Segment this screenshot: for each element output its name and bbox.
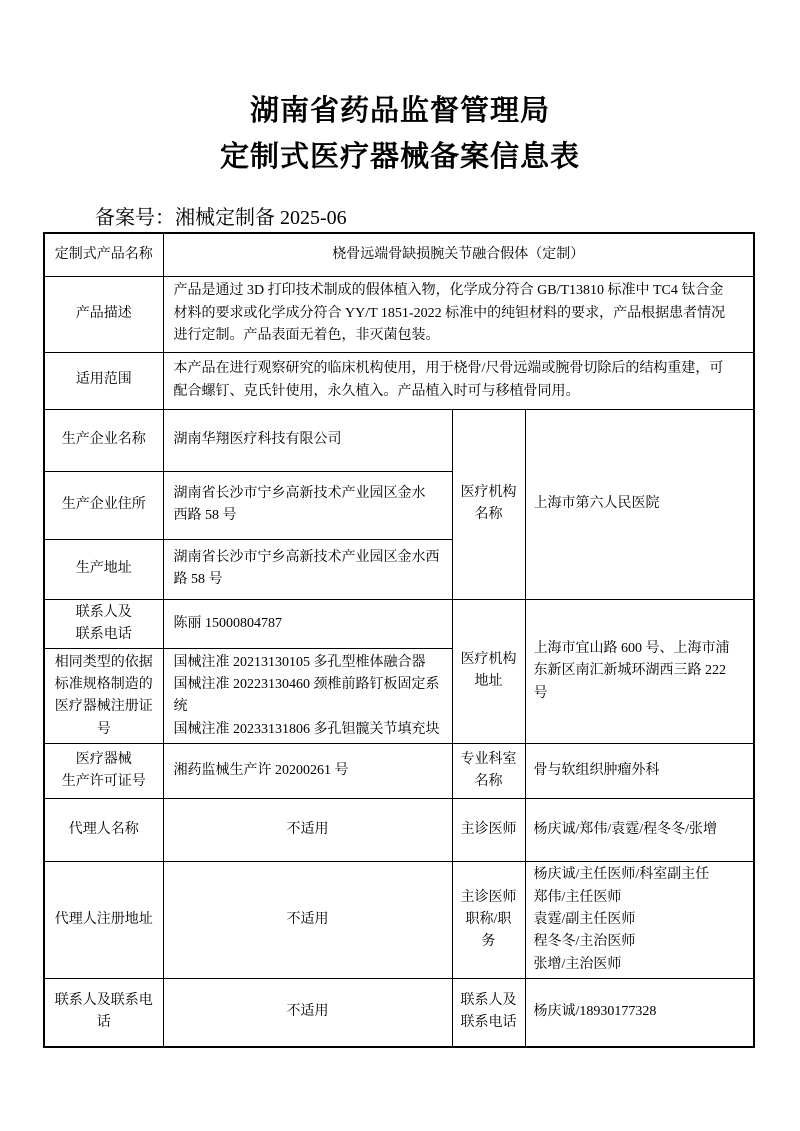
product-name-label: 定制式产品名称	[44, 233, 163, 276]
institution-name-value: 上海市第六人民医院	[525, 409, 754, 599]
row-production-license: 医疗器械 生产许可证号 湘药监械生产许 20200261 号 专业科室 名称 骨…	[44, 744, 754, 799]
agent-contact-value: 不适用	[163, 979, 452, 1047]
row-agent-contact: 联系人及联系电 话 不适用 联系人及 联系电话 杨庆诚/18930177328	[44, 979, 754, 1047]
row-product-desc: 产品描述 产品是通过 3D 打印技术制成的假体植入物，化学成分符合 GB/T13…	[44, 276, 754, 352]
agent-name-label: 代理人名称	[44, 799, 163, 862]
manufacturer-residence-value: 湖南省长沙市宁乡高新技术产业园区金水 西路 58 号	[163, 471, 452, 539]
row-agent-reg-address: 代理人注册地址 不适用 主诊医师 职称/职 务 杨庆诚/主任医师/科室副主任 郑…	[44, 862, 754, 979]
document-page: 湖南省药品监督管理局 定制式医疗器械备案信息表 备案号：湘械定制备 2025-0…	[0, 0, 800, 1131]
agent-name-value: 不适用	[163, 799, 452, 862]
agent-contact-label: 联系人及联系电 话	[44, 979, 163, 1047]
institution-name-label: 医疗机构 名称	[452, 409, 525, 599]
row-manufacturer-name: 生产企业名称 湖南华翔医疗科技有限公司 医疗机构 名称 上海市第六人民医院	[44, 409, 754, 471]
physicians-value: 杨庆诚/郑伟/袁霆/程冬冬/张增	[525, 799, 754, 862]
institution-address-value: 上海市宜山路 600 号、上海市浦 东新区南汇新城环湖西三路 222 号	[525, 599, 754, 744]
same-type-certs-label: 相同类型的依据 标准规格制造的 医疗器械注册证 号	[44, 649, 163, 744]
record-number-value: 湘械定制备 2025-06	[175, 207, 347, 229]
physicians-label: 主诊医师	[452, 799, 525, 862]
registration-table: 定制式产品名称 桡骨远端骨缺损腕关节融合假体（定制） 产品描述 产品是通过 3D…	[43, 232, 755, 1048]
product-desc-value: 产品是通过 3D 打印技术制成的假体植入物，化学成分符合 GB/T13810 标…	[163, 276, 754, 352]
manufacturer-name-value: 湖南华翔医疗科技有限公司	[163, 409, 452, 471]
manufacturer-residence-label: 生产企业住所	[44, 471, 163, 539]
production-address-value: 湖南省长沙市宁乡高新技术产业园区金水西 路 58 号	[163, 539, 452, 599]
product-desc-label: 产品描述	[44, 276, 163, 352]
scope-label: 适用范围	[44, 352, 163, 409]
same-type-certs-value: 国械注准 20213130105 多孔型椎体融合器 国械注准 202231304…	[163, 649, 452, 744]
production-address-label: 生产地址	[44, 539, 163, 599]
row-agent-name: 代理人名称 不适用 主诊医师 杨庆诚/郑伟/袁霆/程冬冬/张增	[44, 799, 754, 862]
institution-contact-label: 联系人及 联系电话	[452, 979, 525, 1047]
row-product-name: 定制式产品名称 桡骨远端骨缺损腕关节融合假体（定制）	[44, 233, 754, 276]
record-number-line: 备案号：湘械定制备 2025-06	[95, 201, 347, 230]
manufacturer-contact-label: 联系人及 联系电话	[44, 599, 163, 649]
doc-title-line1: 湖南省药品监督管理局	[0, 88, 800, 129]
physician-titles-value: 杨庆诚/主任医师/科室副主任 郑伟/主任医师 袁霆/副主任医师 程冬冬/主治医师…	[525, 862, 754, 979]
institution-address-label: 医疗机构 地址	[452, 599, 525, 744]
doc-title-line2: 定制式医疗器械备案信息表	[0, 134, 800, 175]
product-name-value: 桡骨远端骨缺损腕关节融合假体（定制）	[163, 233, 754, 276]
agent-reg-address-value: 不适用	[163, 862, 452, 979]
row-scope: 适用范围 本产品在进行观察研究的临床机构使用，用于桡骨/尺骨远端或腕骨切除后的结…	[44, 352, 754, 409]
physician-titles-label: 主诊医师 职称/职 务	[452, 862, 525, 979]
manufacturer-name-label: 生产企业名称	[44, 409, 163, 471]
production-license-value: 湘药监械生产许 20200261 号	[163, 744, 452, 799]
department-label: 专业科室 名称	[452, 744, 525, 799]
row-manufacturer-contact: 联系人及 联系电话 陈丽 15000804787 医疗机构 地址 上海市宜山路 …	[44, 599, 754, 649]
record-number-label: 备案号：	[95, 207, 175, 229]
production-license-label: 医疗器械 生产许可证号	[44, 744, 163, 799]
scope-value: 本产品在进行观察研究的临床机构使用，用于桡骨/尺骨远端或腕骨切除后的结构重建，可…	[163, 352, 754, 409]
department-value: 骨与软组织肿瘤外科	[525, 744, 754, 799]
institution-contact-value: 杨庆诚/18930177328	[525, 979, 754, 1047]
agent-reg-address-label: 代理人注册地址	[44, 862, 163, 979]
manufacturer-contact-value: 陈丽 15000804787	[163, 599, 452, 649]
